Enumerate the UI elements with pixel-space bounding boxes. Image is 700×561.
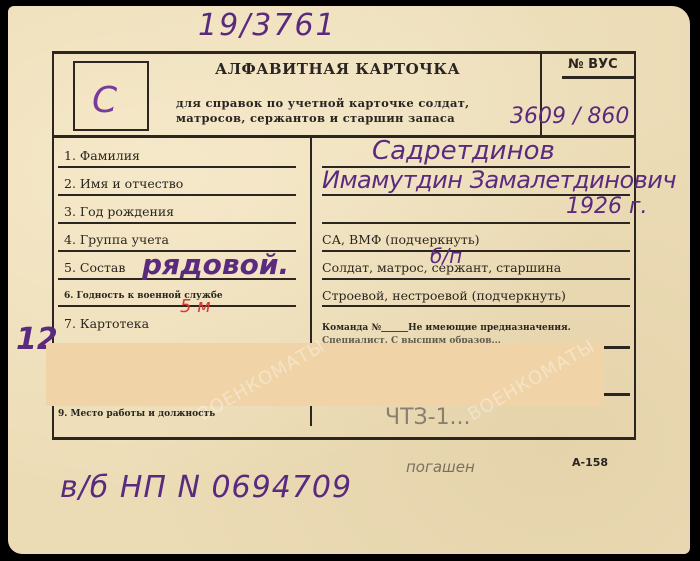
rank-options: Солдат, матрос, сержант, старшина: [322, 260, 561, 275]
job-stamp: ЧТЗ-1...: [385, 405, 471, 430]
field-value-surname: Садретдинов: [372, 136, 555, 166]
fitness-options: Строевой, нестроевой (подчеркнуть): [322, 288, 566, 303]
field-label-composition: 5. Состав: [64, 260, 125, 275]
vus-value: 3609 / 860: [510, 104, 629, 129]
right-line-5: [322, 278, 630, 280]
field-value-fitness: 5 м: [180, 296, 211, 317]
vus-underline: [562, 76, 634, 79]
row-line-2: [58, 194, 296, 196]
field-label-name: 2. Имя и отчество: [64, 176, 183, 191]
field-value-composition: рядовой.: [142, 248, 289, 281]
field-label-birth-year: 3. Год рождения: [64, 204, 174, 219]
command-line: Команда №______Не имеющие предназначения…: [322, 323, 571, 333]
row-line-6: [58, 305, 296, 307]
field-label-card-index: 7. Картотека: [64, 316, 149, 331]
field-label-group: 4. Группа учета: [64, 232, 169, 247]
card-subtitle-1: для справок по учетной карточке солдат,: [176, 96, 469, 111]
field-value-name: Имамутдин Замалетдинович: [322, 166, 676, 194]
bottom-scribble: погашен: [406, 458, 475, 476]
row-line-3: [58, 222, 296, 224]
right-stub-2: [604, 393, 630, 396]
letter-box-value: С: [92, 80, 117, 121]
vus-label: № ВУС: [568, 57, 618, 72]
right-line-3: [322, 222, 630, 224]
field-label-workplace: 9. Место работы и должность: [58, 409, 215, 419]
file-number: 19/3761: [198, 8, 337, 43]
field-label-surname: 1. Фамилия: [64, 148, 140, 163]
row-line-1: [58, 166, 296, 168]
right-line-4: [322, 250, 630, 252]
card-subtitle-2: матросов, сержантов и старшин запаса: [176, 111, 455, 126]
bottom-note: в/б НП N 0694709: [60, 470, 352, 505]
card-title: АЛФАВИТНАЯ КАРТОЧКА: [215, 60, 460, 78]
right-stub-1: [604, 346, 630, 349]
right-line-6: [322, 305, 630, 307]
field-value-birth-year: 1926 г.: [566, 194, 648, 219]
form-code: А-158: [572, 456, 608, 469]
